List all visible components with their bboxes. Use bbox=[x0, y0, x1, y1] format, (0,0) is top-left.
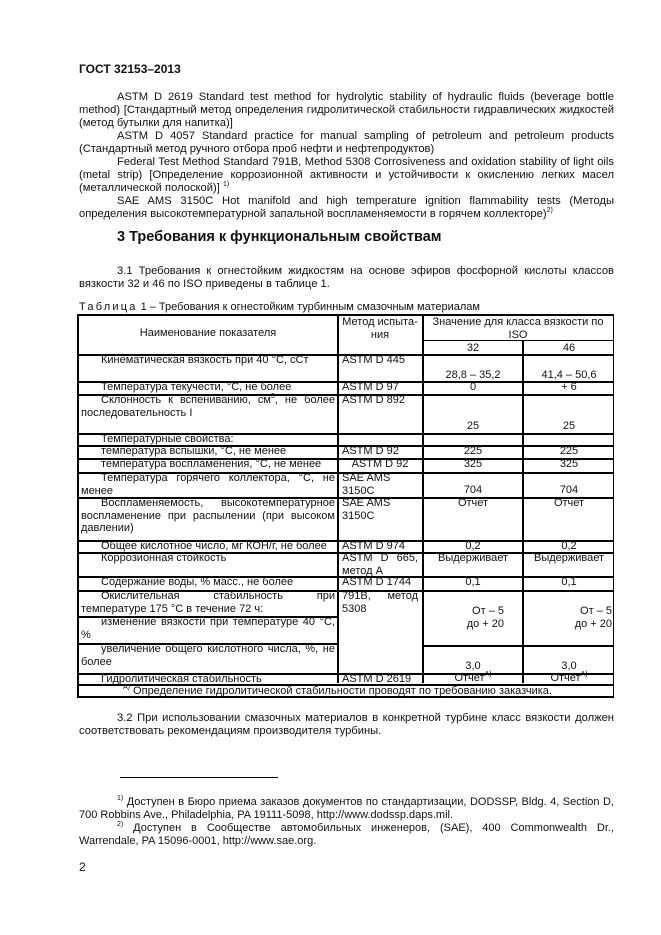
header-name: Наименование показателя bbox=[79, 327, 337, 340]
row-value-46: 25 bbox=[524, 420, 614, 433]
row-method: SAE AMS 3150C bbox=[340, 472, 420, 497]
reference-astm-d2619: ASTM D 2619 Standard test method for hyd… bbox=[79, 91, 614, 130]
row-value-32: 25 bbox=[424, 420, 522, 433]
footnote-separator bbox=[120, 777, 278, 778]
document-header: ГОСТ 32153–2013 bbox=[79, 62, 181, 76]
row-name: Температура текучести, °С, не более bbox=[79, 381, 337, 394]
header-method: Метод испыта-ния bbox=[340, 316, 420, 341]
paragraph-3-1: 3.1 Требования к огнестойким жидкостям н… bbox=[79, 265, 614, 291]
row-value-32: 225 bbox=[424, 445, 522, 458]
footnote-2: 2) Доступен в Сообществе автомобильных и… bbox=[79, 822, 614, 848]
row-name: изменение вязкости при температуре 40 °С… bbox=[79, 616, 337, 641]
header-class-32: 32 bbox=[424, 342, 522, 355]
row-method: ASTM D 445 bbox=[340, 354, 420, 367]
row-method: SAE AMS 3150C bbox=[340, 497, 420, 522]
row-value-46: Выдерживает bbox=[524, 552, 614, 565]
row-value-32: Выдерживает bbox=[424, 552, 522, 565]
paragraph-3-2: 3.2 При использовании смазочных материал… bbox=[79, 712, 614, 738]
row-method: ASTM D 97 bbox=[340, 381, 420, 394]
row-method: ASTM D 92 bbox=[340, 458, 420, 471]
row-value-32: 0 bbox=[424, 381, 522, 394]
reference-ftms-791b: Federal Test Method Standard 791B, Metho… bbox=[79, 156, 614, 195]
row-value-46: 0,1 bbox=[524, 576, 614, 589]
row-value-32: 704 bbox=[424, 484, 522, 497]
row-name: Окислительная стабильность при температу… bbox=[79, 590, 337, 615]
row-method: ASTM D 665, метод А bbox=[340, 552, 420, 577]
table-rule bbox=[422, 645, 614, 647]
row-value-46: ОтчетА) bbox=[524, 672, 614, 685]
table-caption: Таблица 1 – Требования к огнестойким тур… bbox=[79, 301, 480, 313]
row-name: Температурные свойства: bbox=[79, 433, 337, 446]
row-method: ASTM D 892 bbox=[340, 394, 420, 407]
row-method: ASTM D 974 bbox=[340, 540, 420, 553]
row-name: Общее кислотное число, мг КОН/г, не боле… bbox=[79, 540, 337, 553]
row-value-46: 3,0 bbox=[524, 660, 614, 673]
section-title: 3 Требования к функциональным свойствам bbox=[117, 229, 442, 245]
row-value-46: 225 bbox=[524, 445, 614, 458]
row-value-32: 0,1 bbox=[424, 576, 522, 589]
row-method: ASTM D 92 bbox=[340, 445, 420, 458]
header-value-group: Значение для класса вязкости по ISO bbox=[424, 316, 612, 341]
row-value-32: ОтчетА) bbox=[424, 672, 522, 685]
row-value-32: От – 5до + 20 bbox=[424, 605, 522, 630]
row-value-46: 325 bbox=[524, 458, 614, 471]
row-name: Воспламеняемость, высокотемпературное во… bbox=[79, 497, 337, 535]
row-name: Кинематическая вязкость при 40 °С, сСт bbox=[79, 354, 337, 367]
row-method: 791В, метод 5308 bbox=[340, 590, 420, 615]
row-name: увеличение общего кислотного числа, %, н… bbox=[79, 643, 337, 668]
row-value-46: Отчет bbox=[524, 497, 614, 510]
footnote-1: 1) Доступен в Бюро приема заказов докуме… bbox=[79, 796, 614, 822]
requirements-table: Наименование показателяМетод испыта-нияЗ… bbox=[77, 314, 614, 697]
row-value-46: От – 5до + 20 bbox=[524, 605, 614, 630]
row-value-32: 0,2 bbox=[424, 540, 522, 553]
row-name: Температура горячего коллектора, °С, не … bbox=[79, 472, 337, 497]
row-value-32: 3,0 bbox=[424, 660, 522, 673]
table-rule bbox=[337, 314, 339, 683]
row-value-46: 704 bbox=[524, 484, 614, 497]
table-footnote: А) Определение гидролитической стабильно… bbox=[81, 685, 610, 698]
row-value-32: 28,8 – 35,2 bbox=[424, 369, 522, 382]
reference-astm-d4057: ASTM D 4057 Standard practice for manual… bbox=[79, 130, 614, 156]
row-value-32: Отчет bbox=[424, 497, 522, 510]
row-value-32: 325 bbox=[424, 458, 522, 471]
row-name: температура воспламенения, °С, не менее bbox=[79, 458, 337, 471]
row-value-46: 41,4 – 50,6 bbox=[524, 369, 614, 382]
page-number: 2 bbox=[79, 860, 86, 874]
row-value-46: + 6 bbox=[524, 381, 614, 394]
row-value-46: 0,2 bbox=[524, 540, 614, 553]
row-name: Содержание воды, % масс., не более bbox=[79, 576, 337, 589]
reference-sae-ams-3150c: SAE AMS 3150C Hot manifold and high temp… bbox=[79, 195, 614, 221]
row-name: температура вспышки, °С, не менее bbox=[79, 445, 337, 458]
row-method: ASTM D 1744 bbox=[340, 576, 420, 589]
header-class-46: 46 bbox=[524, 342, 614, 355]
row-name: Коррозионная стойкость bbox=[79, 552, 337, 565]
row-name: Склонность к вспениванию, см3, не более … bbox=[79, 394, 337, 419]
